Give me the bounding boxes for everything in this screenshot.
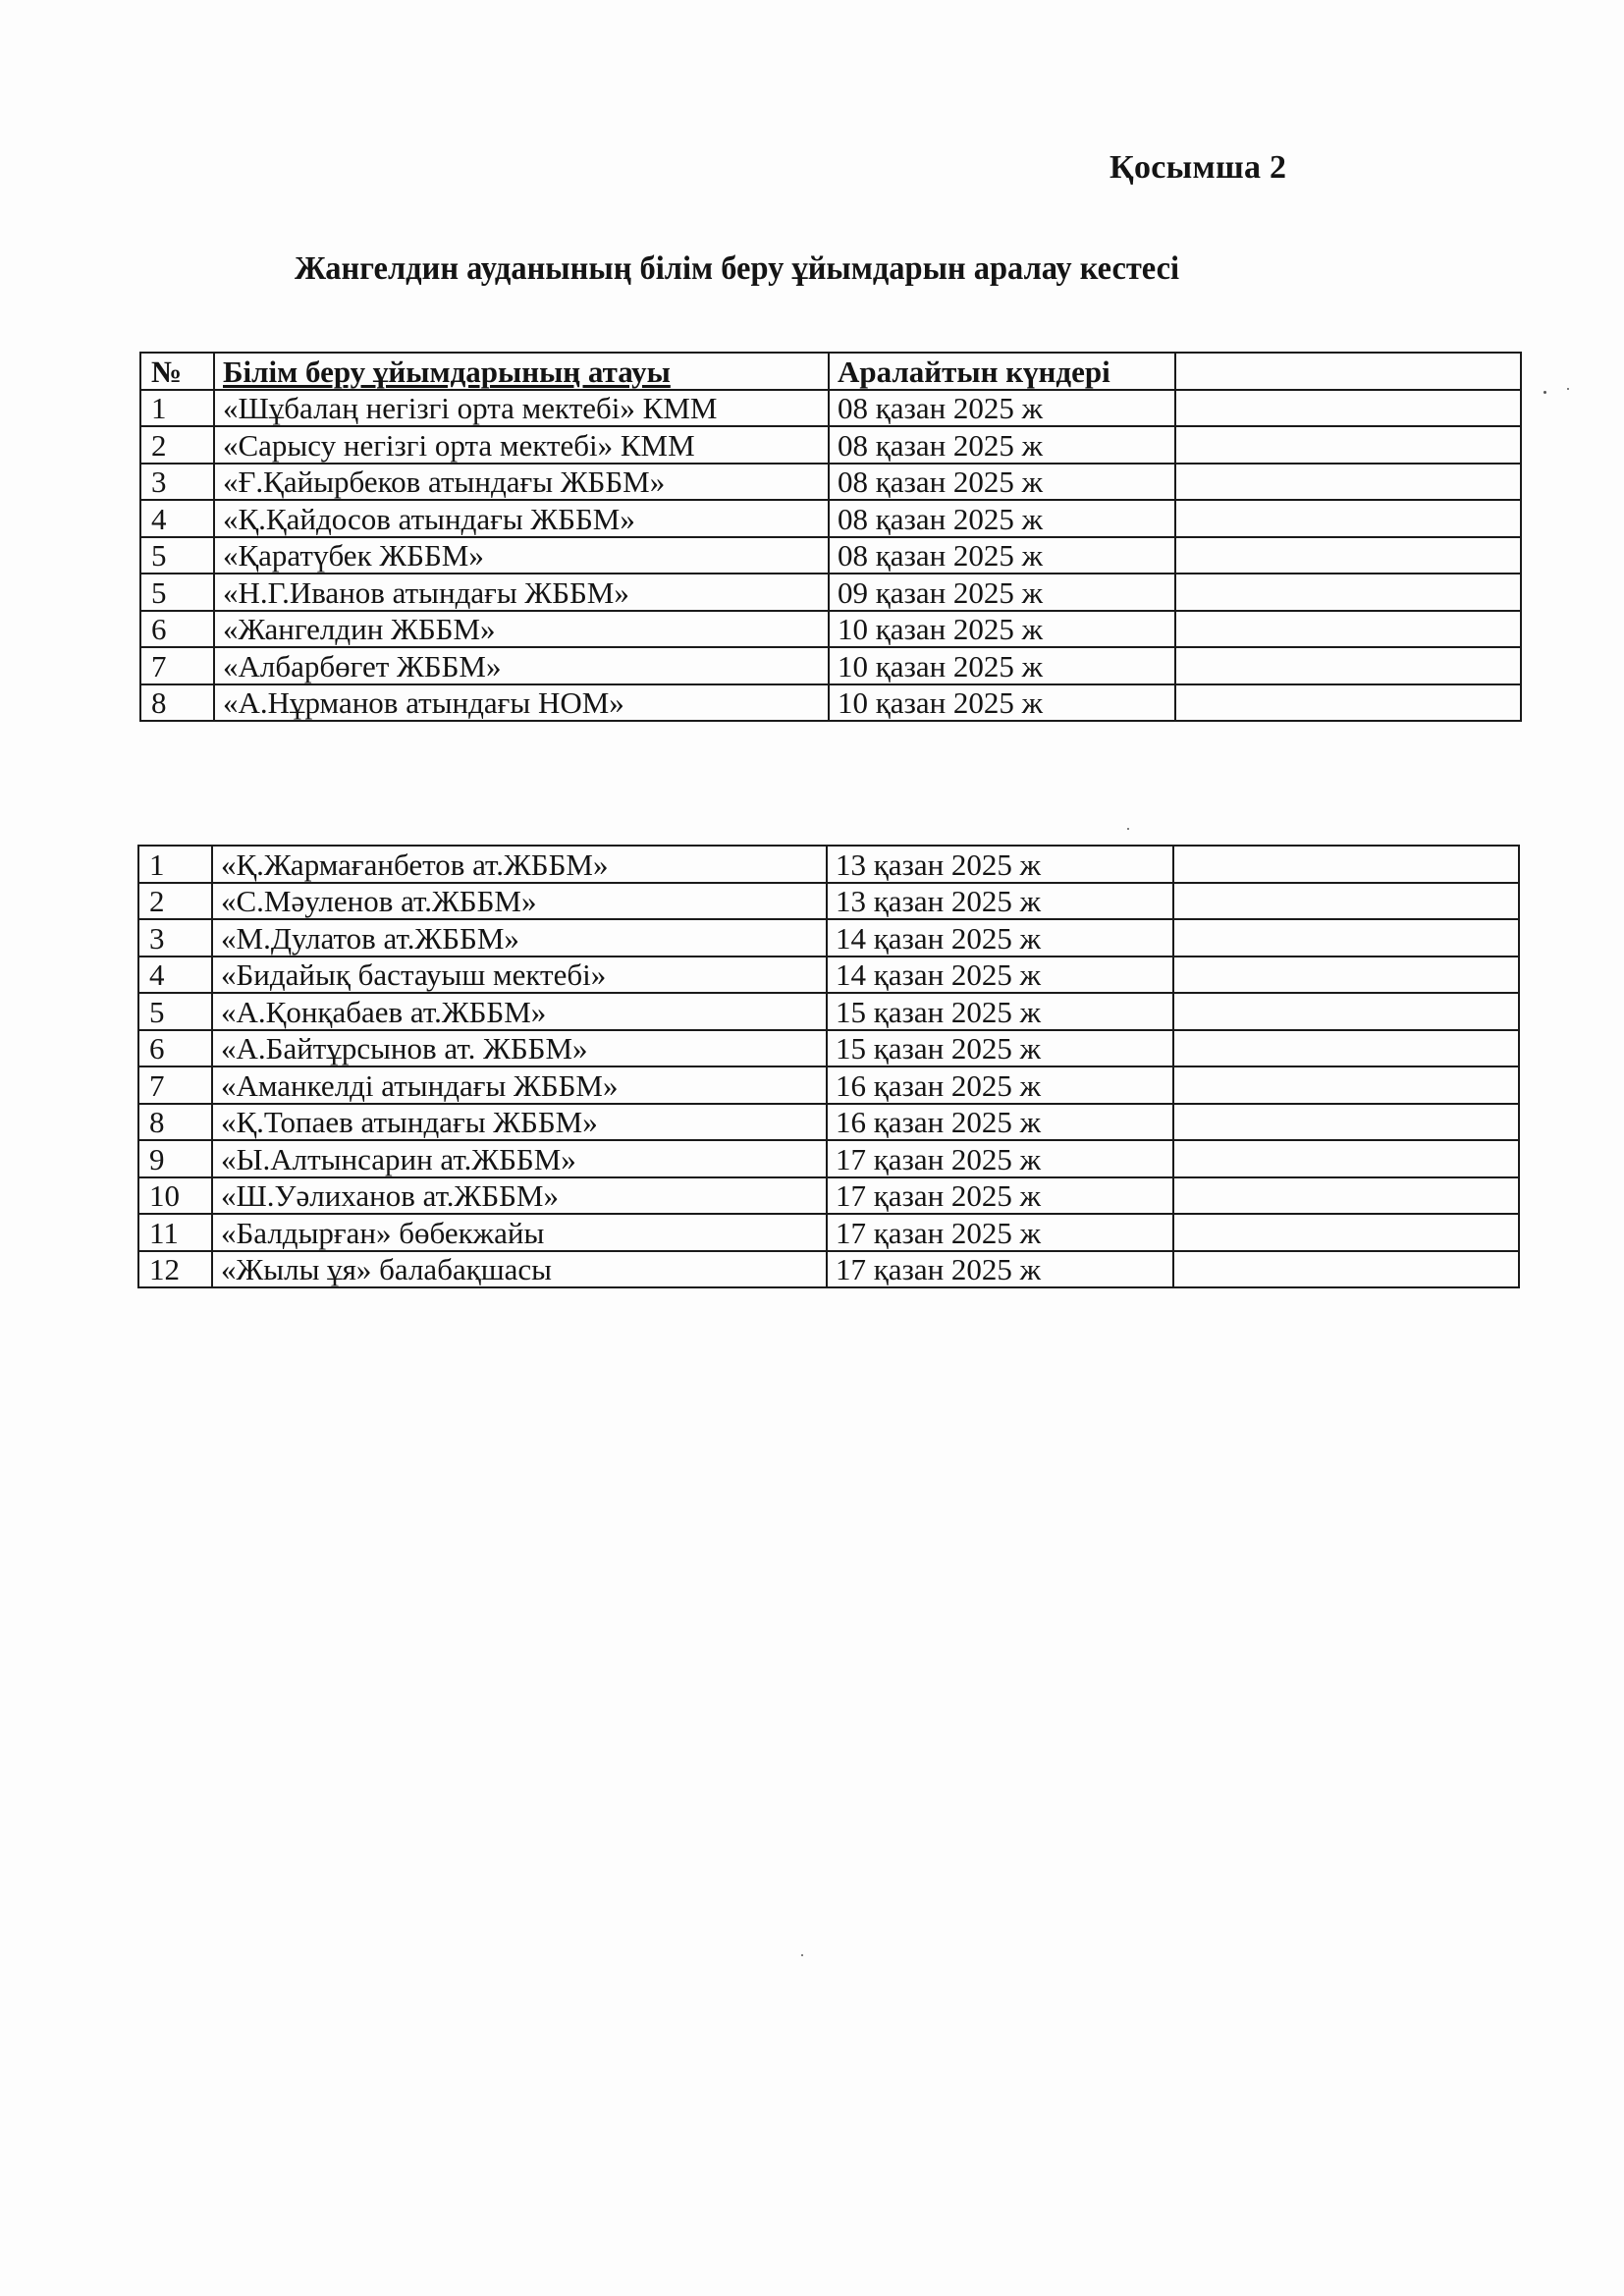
- blank-cell: [1175, 426, 1521, 464]
- row-number: 5: [138, 993, 212, 1030]
- table-header-row: № Білім беру ұйымдарының атауы Аралайтын…: [140, 353, 1521, 390]
- table-row: 5«А.Қонқабаев ат.ЖББМ»15 қазан 2025 ж: [138, 993, 1519, 1030]
- row-number: 1: [138, 846, 212, 883]
- visit-date: 14 қазан 2025 ж: [827, 957, 1173, 994]
- table-row: 7«Аманкелді атындағы ЖББМ»16 қазан 2025 …: [138, 1066, 1519, 1104]
- table-row: 2«Сарысу негізгі орта мектебі» КММ08 қаз…: [140, 426, 1521, 464]
- blank-cell: [1175, 611, 1521, 648]
- organization-name: «Аманкелді атындағы ЖББМ»: [212, 1066, 827, 1104]
- visit-date: 17 қазан 2025 ж: [827, 1177, 1173, 1215]
- organization-name: «С.Мәуленов ат.ЖББМ»: [212, 883, 827, 920]
- visit-date: 14 қазан 2025 ж: [827, 919, 1173, 957]
- visit-date: 10 қазан 2025 ж: [829, 611, 1175, 648]
- visit-date: 16 қазан 2025 ж: [827, 1066, 1173, 1104]
- table-row: 8«Қ.Топаев атындағы ЖББМ»16 қазан 2025 ж: [138, 1104, 1519, 1141]
- visit-date: 08 қазан 2025 ж: [829, 500, 1175, 537]
- table-row: 8«А.Нұрманов атындағы НОМ»10 қазан 2025 …: [140, 684, 1521, 722]
- blank-cell: [1173, 957, 1519, 994]
- blank-cell: [1173, 1140, 1519, 1177]
- organization-name: «Қ.Жармағанбетов ат.ЖББМ»: [212, 846, 827, 883]
- table-row: 5«Н.Г.Иванов атындағы ЖББМ»09 қазан 2025…: [140, 574, 1521, 611]
- row-number: 6: [138, 1030, 212, 1067]
- visit-date: 17 қазан 2025 ж: [827, 1214, 1173, 1251]
- row-number: 5: [140, 574, 214, 611]
- blank-cell: [1175, 684, 1521, 722]
- blank-cell: [1175, 647, 1521, 684]
- visit-date: 10 қазан 2025 ж: [829, 684, 1175, 722]
- table-row: 10«Ш.Уәлиханов ат.ЖББМ»17 қазан 2025 ж: [138, 1177, 1519, 1215]
- scan-speck: [1567, 388, 1569, 390]
- row-number: 4: [140, 500, 214, 537]
- table-row: 2«С.Мәуленов ат.ЖББМ»13 қазан 2025 ж: [138, 883, 1519, 920]
- blank-cell: [1173, 1177, 1519, 1215]
- blank-cell: [1173, 1214, 1519, 1251]
- blank-cell: [1173, 1030, 1519, 1067]
- visit-date: 13 қазан 2025 ж: [827, 883, 1173, 920]
- table-row: 7«Албарбөгет ЖББМ»10 қазан 2025 ж: [140, 647, 1521, 684]
- visit-date: 08 қазан 2025 ж: [829, 390, 1175, 427]
- row-number: 4: [138, 957, 212, 994]
- table-row: 4«Бидайық бастауыш мектебі»14 қазан 2025…: [138, 957, 1519, 994]
- organization-name: «Ш.Уәлиханов ат.ЖББМ»: [212, 1177, 827, 1215]
- organization-name: «Албарбөгет ЖББМ»: [214, 647, 829, 684]
- row-number: 3: [138, 919, 212, 957]
- blank-cell: [1173, 846, 1519, 883]
- schedule-table-2: 1«Қ.Жармағанбетов ат.ЖББМ»13 қазан 2025 …: [137, 845, 1520, 1288]
- row-number: 8: [138, 1104, 212, 1141]
- row-number: 2: [140, 426, 214, 464]
- row-number: 2: [138, 883, 212, 920]
- scan-speck: [1127, 828, 1129, 830]
- table-row: 4«Қ.Қайдосов атындағы ЖББМ»08 қазан 2025…: [140, 500, 1521, 537]
- organization-name: «Қ.Топаев атындағы ЖББМ»: [212, 1104, 827, 1141]
- organization-name: «Н.Г.Иванов атындағы ЖББМ»: [214, 574, 829, 611]
- visit-date: 13 қазан 2025 ж: [827, 846, 1173, 883]
- organization-name: «Ы.Алтынсарин ат.ЖББМ»: [212, 1140, 827, 1177]
- organization-name: «А.Нұрманов атындағы НОМ»: [214, 684, 829, 722]
- blank-cell: [1175, 574, 1521, 611]
- organization-name: «Ғ.Қайырбеков атындағы ЖББМ»: [214, 464, 829, 501]
- organization-name: «А.Қонқабаев ат.ЖББМ»: [212, 993, 827, 1030]
- table-row: 12«Жылы ұя» балабақшасы17 қазан 2025 ж: [138, 1251, 1519, 1288]
- row-number: 11: [138, 1214, 212, 1251]
- visit-date: 08 қазан 2025 ж: [829, 426, 1175, 464]
- table-row: 3«М.Дулатов ат.ЖББМ»14 қазан 2025 ж: [138, 919, 1519, 957]
- visit-date: 08 қазан 2025 ж: [829, 537, 1175, 574]
- organization-name: «Сарысу негізгі орта мектебі» КММ: [214, 426, 829, 464]
- document-title: Жангелдин ауданының білім беру ұйымдарын…: [295, 250, 1326, 288]
- visit-date: 17 қазан 2025 ж: [827, 1251, 1173, 1288]
- row-number: 7: [140, 647, 214, 684]
- blank-cell: [1173, 993, 1519, 1030]
- scan-speck: [801, 1954, 803, 1956]
- header-number: №: [140, 353, 214, 390]
- row-number: 1: [140, 390, 214, 427]
- visit-date: 17 қазан 2025 ж: [827, 1140, 1173, 1177]
- table-row: 6«Жангелдин ЖББМ»10 қазан 2025 ж: [140, 611, 1521, 648]
- visit-date: 08 қазан 2025 ж: [829, 464, 1175, 501]
- visit-date: 09 қазан 2025 ж: [829, 574, 1175, 611]
- schedule-table-1: № Білім беру ұйымдарының атауы Аралайтын…: [139, 352, 1522, 722]
- organization-name: «Жангелдин ЖББМ»: [214, 611, 829, 648]
- row-number: 5: [140, 537, 214, 574]
- blank-cell: [1173, 1066, 1519, 1104]
- blank-cell: [1175, 537, 1521, 574]
- organization-name: «Қ.Қайдосов атындағы ЖББМ»: [214, 500, 829, 537]
- appendix-label: Қосымша 2: [1110, 149, 1286, 187]
- row-number: 8: [140, 684, 214, 722]
- scan-speck: [1543, 391, 1546, 394]
- header-blank: [1175, 353, 1521, 390]
- blank-cell: [1175, 500, 1521, 537]
- table-row: 1«Шұбалаң негізгі орта мектебі» КММ08 қа…: [140, 390, 1521, 427]
- header-organization-name: Білім беру ұйымдарының атауы: [214, 353, 829, 390]
- row-number: 9: [138, 1140, 212, 1177]
- visit-date: 15 қазан 2025 ж: [827, 993, 1173, 1030]
- table-row: 11«Балдырған» бөбекжайы17 қазан 2025 ж: [138, 1214, 1519, 1251]
- row-number: 12: [138, 1251, 212, 1288]
- organization-name: «А.Байтұрсынов ат. ЖББМ»: [212, 1030, 827, 1067]
- row-number: 6: [140, 611, 214, 648]
- visit-date: 10 қазан 2025 ж: [829, 647, 1175, 684]
- table-row: 6«А.Байтұрсынов ат. ЖББМ»15 қазан 2025 ж: [138, 1030, 1519, 1067]
- organization-name: «Бидайық бастауыш мектебі»: [212, 957, 827, 994]
- blank-cell: [1175, 390, 1521, 427]
- visit-date: 16 қазан 2025 ж: [827, 1104, 1173, 1141]
- organization-name: «Шұбалаң негізгі орта мектебі» КММ: [214, 390, 829, 427]
- organization-name: «Балдырған» бөбекжайы: [212, 1214, 827, 1251]
- blank-cell: [1173, 1251, 1519, 1288]
- organization-name: «М.Дулатов ат.ЖББМ»: [212, 919, 827, 957]
- row-number: 10: [138, 1177, 212, 1215]
- row-number: 7: [138, 1066, 212, 1104]
- table-row: 5«Қаратүбек ЖББМ»08 қазан 2025 ж: [140, 537, 1521, 574]
- organization-name: «Жылы ұя» балабақшасы: [212, 1251, 827, 1288]
- table-row: 9«Ы.Алтынсарин ат.ЖББМ»17 қазан 2025 ж: [138, 1140, 1519, 1177]
- blank-cell: [1175, 464, 1521, 501]
- blank-cell: [1173, 1104, 1519, 1141]
- visit-date: 15 қазан 2025 ж: [827, 1030, 1173, 1067]
- row-number: 3: [140, 464, 214, 501]
- table-row: 3«Ғ.Қайырбеков атындағы ЖББМ»08 қазан 20…: [140, 464, 1521, 501]
- blank-cell: [1173, 883, 1519, 920]
- organization-name: «Қаратүбек ЖББМ»: [214, 537, 829, 574]
- blank-cell: [1173, 919, 1519, 957]
- table-row: 1«Қ.Жармағанбетов ат.ЖББМ»13 қазан 2025 …: [138, 846, 1519, 883]
- header-visit-dates: Аралайтын күндері: [829, 353, 1175, 390]
